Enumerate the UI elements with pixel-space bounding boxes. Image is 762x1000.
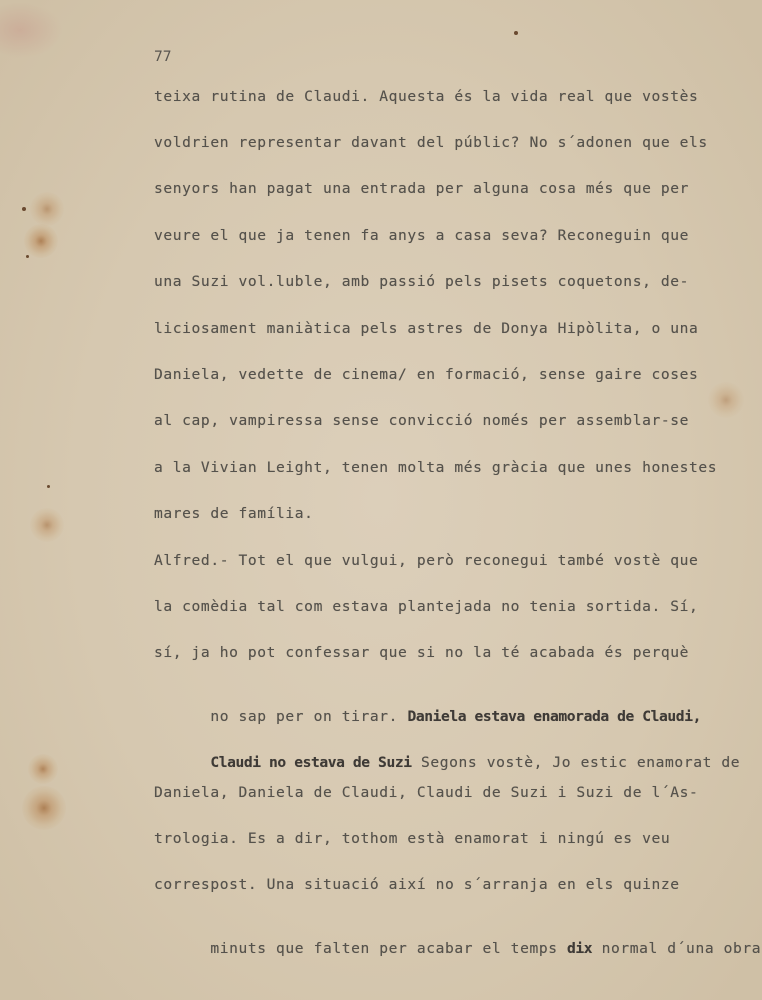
ink-speck bbox=[22, 207, 26, 211]
text-line: minuts que falten per acabar el temps di… bbox=[154, 923, 761, 974]
text-line: mares de família. bbox=[154, 505, 314, 522]
text-line: Daniela, Daniela de Claudi, Claudi de Su… bbox=[154, 784, 698, 801]
body-text: teixa rutina de Claudi. Aquesta és la vi… bbox=[154, 0, 192, 357]
text-line: no sap per on tirar. Daniela estava enam… bbox=[154, 691, 701, 742]
text-line: Daniela, vedette de cinema/ en formació,… bbox=[154, 366, 698, 383]
text-line: trologia. Es a dir, tothom està enamorat… bbox=[154, 830, 670, 847]
text-line: correspost. Una situació així no s´arran… bbox=[154, 876, 680, 893]
ink-speck bbox=[47, 485, 50, 488]
rust-stain bbox=[30, 508, 64, 542]
text-segment: Segons vostè, Jo estic enamorat de bbox=[421, 754, 740, 771]
text-line: veure el que ja tenen fa anys a casa sev… bbox=[154, 227, 689, 244]
rust-stain bbox=[708, 382, 744, 418]
text-segment: minuts que falten per acabar el temps bbox=[210, 940, 557, 957]
rust-stain bbox=[24, 224, 58, 258]
struck-out-text: dix bbox=[567, 940, 592, 957]
text-line: senyors han pagat una entrada per alguna… bbox=[154, 180, 689, 197]
text-line: Claudi no estava de Suzi Segons vostè, J… bbox=[154, 737, 740, 788]
typewritten-page: 77 teixa rutina de Claudi. Aquesta és la… bbox=[0, 0, 762, 1000]
text-line: una Suzi vol.luble, amb passió pels pise… bbox=[154, 273, 689, 290]
struck-out-text: Claudi no estava de Suzi bbox=[210, 754, 411, 771]
text-line: al cap, vampiressa sense convicció només… bbox=[154, 412, 689, 429]
text-line: voldrien representar davant del públic? … bbox=[154, 134, 708, 151]
text-line: teixa rutina de Claudi. Aquesta és la vi… bbox=[154, 88, 698, 105]
ink-speck bbox=[26, 255, 29, 258]
rust-stain bbox=[28, 754, 58, 784]
text-segment: no sap per on tirar. bbox=[210, 708, 398, 725]
dialogue-line-alfred: Alfred.- Tot el que vulgui, però reconeg… bbox=[154, 552, 698, 569]
struck-out-text: Daniela estava enamorada de Claudi, bbox=[407, 708, 701, 725]
ink-speck bbox=[514, 31, 518, 35]
rust-stain bbox=[22, 786, 66, 830]
text-line: la comèdia tal com estava plantejada no … bbox=[154, 598, 698, 615]
text-line: a la Vivian Leight, tenen molta més gràc… bbox=[154, 459, 717, 476]
text-line: liciosament maniàtica pels astres de Don… bbox=[154, 320, 698, 337]
text-segment: normal d´una obra bbox=[602, 940, 762, 957]
rust-stain bbox=[30, 192, 64, 226]
text-line: sí, ja ho pot confessar que si no la té … bbox=[154, 644, 689, 661]
